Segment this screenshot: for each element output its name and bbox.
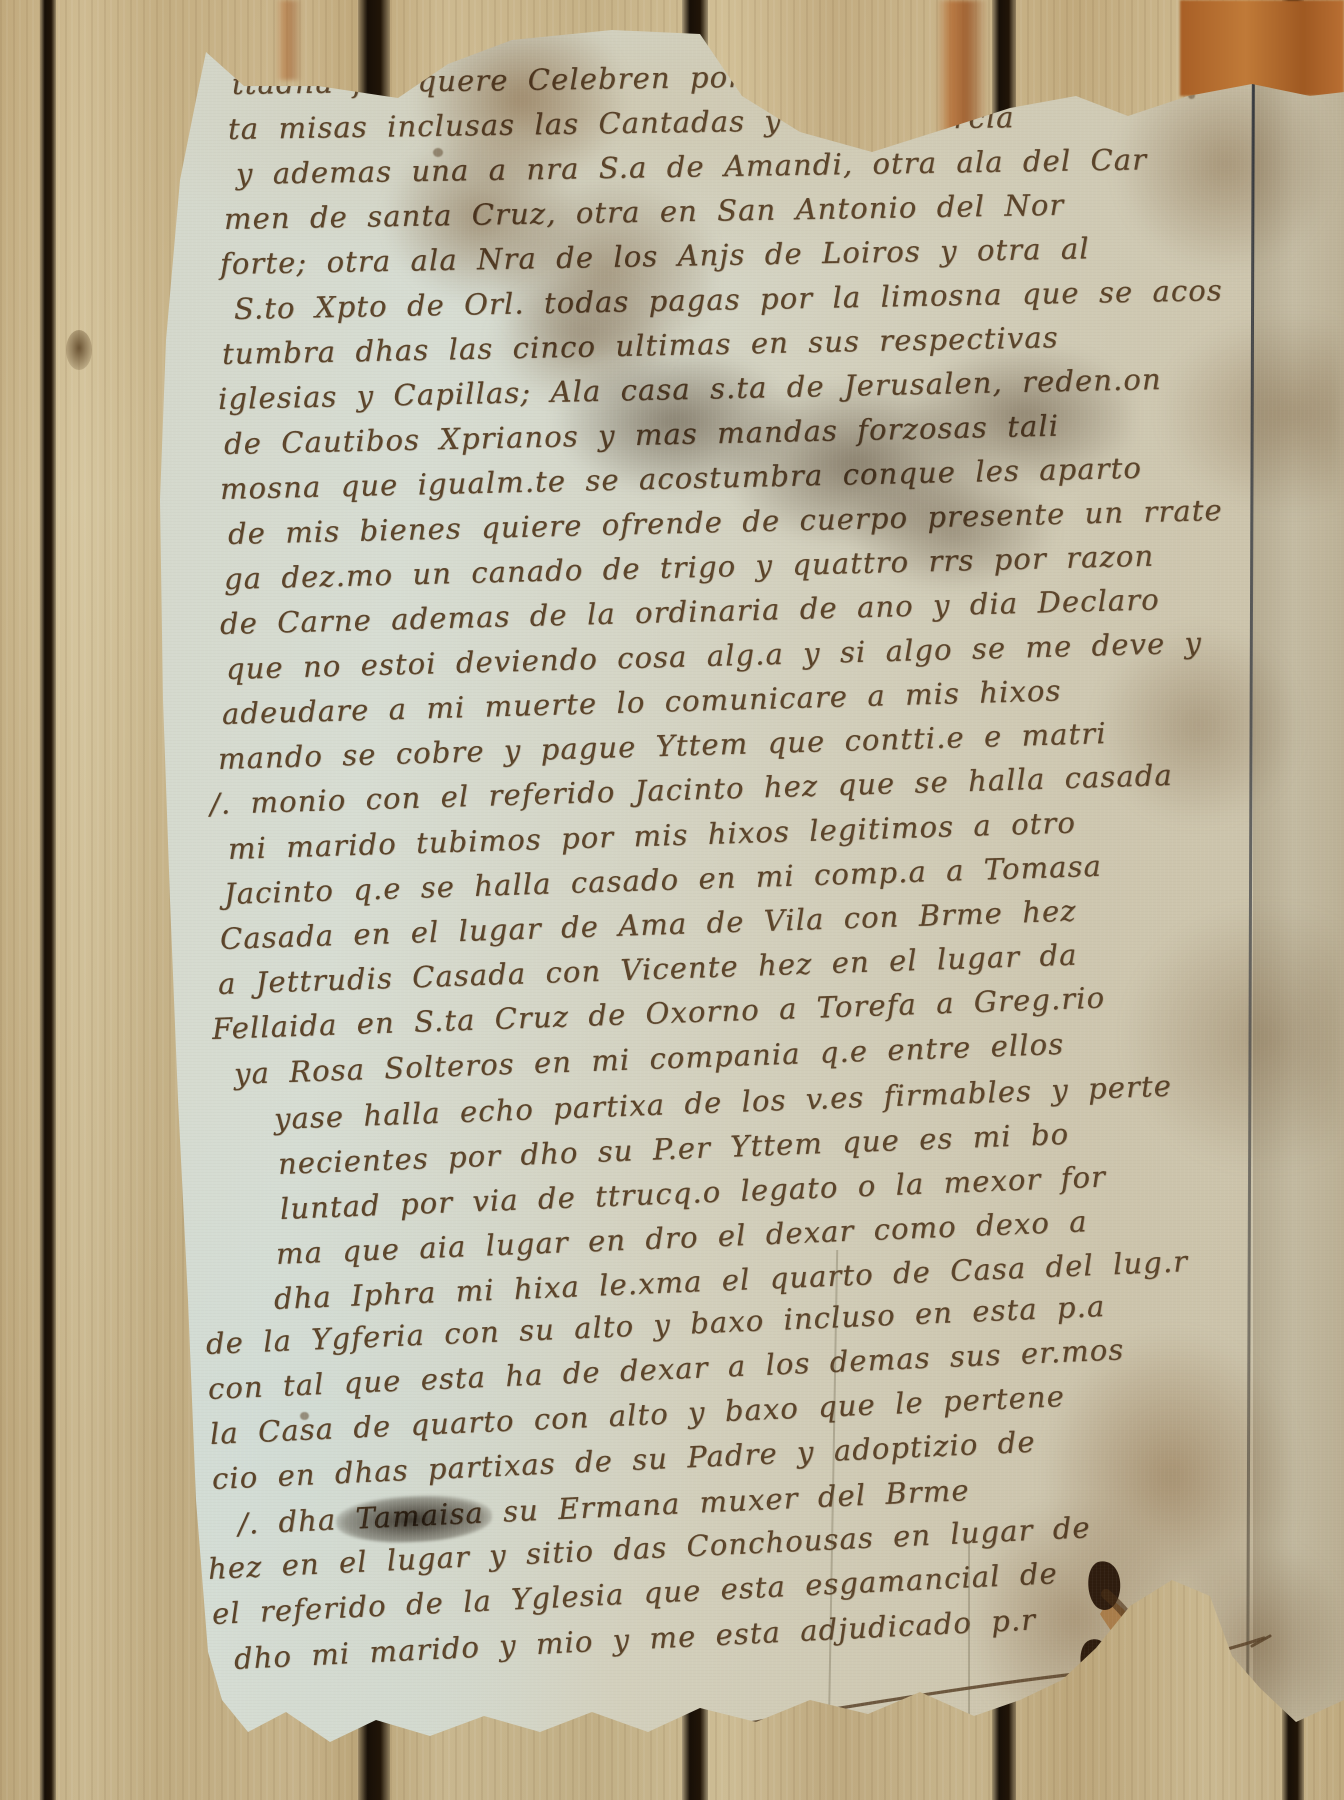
manuscript-text-block: ttadha fra quere Celebren por mi intenci… <box>218 62 1258 1682</box>
water-stain-right-edge <box>1080 70 1344 1630</box>
manuscript-line: iglesias y Capillas; Ala casa s.ta de Je… <box>218 355 1259 422</box>
paper-speck <box>300 1412 309 1420</box>
manuscript-line: que no estoi deviendo cosa alg.a y si al… <box>225 619 1258 692</box>
manuscript-line: el referido de la Yglesia que esta esgam… <box>211 1541 1258 1636</box>
ink-smudge-overwritten-word <box>335 1492 493 1545</box>
wood-knot <box>66 330 92 370</box>
manuscript-line: S.to Xpto de Orl. todas pagas por la lim… <box>234 268 1259 332</box>
manuscript-line: /. dha Tamaisa su Ermana muxer del Brme <box>237 1455 1258 1547</box>
manuscript-line: mando se cobre y pague Yttem que contti.… <box>217 707 1258 782</box>
manuscript-line: Fellaida en S.ta Cruz de Oxorno a Torefa… <box>211 970 1258 1052</box>
paper-speck <box>433 148 443 157</box>
wood-plank-gap <box>40 0 56 1800</box>
page-fold-line <box>1246 84 1255 1704</box>
manuscript-line: adeudare a mi muerte lo comunicare a mis… <box>221 663 1258 737</box>
manuscript-line: tumbra dhas las cinco ultimas en sus res… <box>222 311 1259 377</box>
manuscript-line: cio en dhas partixas de su Padre y adopt… <box>211 1410 1258 1502</box>
manuscript-line: y ademas una a nra S.a de Amandi, otra a… <box>236 136 1259 197</box>
manuscript-line: Jacinto q.e se halla casado en mi comp.a… <box>223 839 1258 917</box>
manuscript-line: la Casa de quarto con alto y baxo que le… <box>209 1366 1258 1457</box>
manuscript-line: Casada en el lugar de Ama de Vila con Br… <box>219 883 1258 962</box>
water-stain-dark-cloud <box>532 310 1132 590</box>
wood-orange-streak <box>276 0 302 80</box>
manuscript-photo: ttadha fra quere Celebren por mi intenci… <box>0 0 1344 1800</box>
manuscript-line: a Jettrudis Casada con Vicente hez en el… <box>217 926 1258 1007</box>
manuscript-line: yase halla echo partixa de los v.es firm… <box>273 1060 1258 1142</box>
manuscript-line: de Cautibos Xprianos y mas mandas forzos… <box>224 399 1259 467</box>
manuscript-line: mi marido tubimos por mis hixos legitimo… <box>227 795 1258 872</box>
manuscript-line: ma que aia lugar en dro el dexar como de… <box>275 1192 1258 1277</box>
manuscript-line: con tal que esta ha de dexar a los demas… <box>207 1322 1258 1412</box>
paper-sheet: ttadha fra quere Celebren por mi intenci… <box>0 0 1344 1800</box>
manuscript-line: luntad por via de ttrucq.o legato o la m… <box>279 1149 1258 1232</box>
manuscript-line: ga dez.mo un canado de trigo y quattro r… <box>223 531 1258 602</box>
manuscript-line: dha Iphra mi hixa le.xma el quarto de Ca… <box>273 1236 1258 1322</box>
manuscript-line: ya Rosa Solteros en mi compania q.e entr… <box>233 1015 1258 1097</box>
next-leaf-edge <box>1253 80 1344 1720</box>
paper-crease <box>968 1540 970 1740</box>
manuscript-line: mosna que igualm.te se acostumbra conque… <box>219 443 1258 512</box>
paper-crease <box>828 1250 838 1730</box>
manuscript-line: /. monio con el referido Jacinto hez que… <box>209 750 1258 827</box>
water-stain-top-left <box>382 26 712 356</box>
manuscript-line: hez en el lugar y sitio das Conchousas e… <box>207 1497 1258 1592</box>
manuscript-line: de mis bienes quiere ofrende de cuerpo p… <box>227 487 1258 557</box>
manuscript-line: de Carne ademas de la ordinaria de ano y… <box>219 575 1258 647</box>
water-stain-bridge <box>452 240 712 440</box>
wood-orange-plank <box>1180 0 1344 96</box>
manuscript-line: necientes por dho su P.er Yttem que es m… <box>277 1105 1258 1187</box>
manuscript-line: men de santa Cruz, otra en San Antonio d… <box>224 179 1259 241</box>
manuscript-line: forte; otra ala Nra de los Anjs de Loiro… <box>220 223 1259 287</box>
manuscript-line: de la Ygferia con su alto y baxo incluso… <box>205 1278 1258 1367</box>
